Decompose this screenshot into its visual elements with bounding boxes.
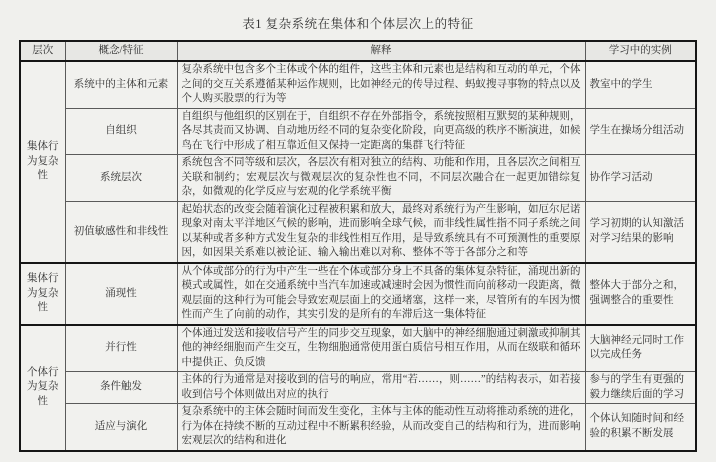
example-cell: 协作学习活动 (585, 155, 696, 201)
explanation-cell: 复杂系统中的主体会随时间而发生变化，主体与主体的能动性互动将推动系统的进化，行为… (177, 404, 585, 451)
document-page: 表1 复杂系统在集体和个体层次上的特征 层次 概念/特征 解释 学习中的实例 集… (0, 0, 716, 462)
table-row: 个体行为复杂性 并行性 个体通过发送和接收信号产生的同步交互现象，如大脑中的神经… (20, 325, 696, 372)
concept-cell: 系统中的主体和元素 (65, 61, 177, 108)
level-cell: 个体行为复杂性 (20, 325, 65, 451)
concept-cell: 适应与演化 (65, 404, 177, 451)
example-cell: 大脑神经元同时工作以完成任务 (585, 325, 696, 372)
explanation-cell: 自组织与他组织的区别在于，自组织不存在外部指令，系统按照相互默契的某种规则，各尽… (177, 108, 585, 154)
column-header-explanation: 解释 (177, 41, 585, 61)
column-header-level: 层次 (20, 41, 65, 61)
concept-cell: 自组织 (65, 108, 177, 154)
concept-cell: 条件触发 (65, 372, 177, 404)
table-row: 集体行为复杂性 系统中的主体和元素 复杂系统中包含多个主体或个体的组件，这些主体… (20, 61, 696, 108)
column-header-example: 学习中的实例 (585, 41, 696, 61)
table-row: 集体行为复杂性 涌现性 从个体或部分的行为中产生一些在个体或部分身上不具备的集体… (20, 263, 696, 325)
concept-cell: 涌现性 (65, 263, 177, 325)
explanation-cell: 起始状态的改变会随着演化过程被积累和放大，最终对系统行为产生影响，如厄尔尼诺现象… (177, 201, 585, 262)
table-row: 系统层次 系统包含不同等级和层次，各层次有相对独立的结构、功能和作用，且各层次之… (20, 155, 696, 201)
concept-cell: 初值敏感性和非线性 (65, 201, 177, 262)
example-cell: 教室中的学生 (585, 61, 696, 108)
example-cell: 学生在操场分组活动 (585, 108, 696, 154)
example-cell: 学习初期的认知激活对学习结果的影响 (585, 201, 696, 262)
table-caption: 表1 复杂系统在集体和个体层次上的特征 (0, 0, 716, 40)
explanation-cell: 从个体或部分的行为中产生一些在个体或部分身上不具备的集体复杂特征，涌现出新的模式… (177, 263, 585, 325)
level-cell: 集体行为复杂性 (20, 61, 65, 262)
explanation-cell: 系统包含不同等级和层次，各层次有相对独立的结构、功能和作用，且各层次之间相互关联… (177, 155, 585, 201)
example-cell: 参与的学生有更强的毅力继续后面的学习 (585, 372, 696, 404)
explanation-cell: 主体的行为通常是对接收到的信号的响应，常用“若……，则……”的结构表示，如若接收… (177, 372, 585, 404)
table-row: 条件触发 主体的行为通常是对接收到的信号的响应，常用“若……，则……”的结构表示… (20, 372, 696, 404)
table-row: 自组织 自组织与他组织的区别在于，自组织不存在外部指令，系统按照相互默契的某种规… (20, 108, 696, 154)
explanation-cell: 复杂系统中包含多个主体或个体的组件，这些主体和元素也是结构和互动的单元，个体之间… (177, 61, 585, 108)
column-header-concept: 概念/特征 (65, 41, 177, 61)
concept-cell: 并行性 (65, 325, 177, 372)
complex-systems-characteristics-table: 层次 概念/特征 解释 学习中的实例 集体行为复杂性 系统中的主体和元素 复杂系… (19, 40, 697, 452)
level-cell: 集体行为复杂性 (20, 263, 65, 325)
concept-cell: 系统层次 (65, 155, 177, 201)
explanation-cell: 个体通过发送和接收信号产生的同步交互现象，如大脑中的神经细胞通过刺激或抑制其他的… (177, 325, 585, 372)
example-cell: 个体认知随时间和经验的积累不断发展 (585, 404, 696, 451)
table-row: 适应与演化 复杂系统中的主体会随时间而发生变化，主体与主体的能动性互动将推动系统… (20, 404, 696, 451)
example-cell: 整体大于部分之和，强调整合的重要性 (585, 263, 696, 325)
header-row: 层次 概念/特征 解释 学习中的实例 (20, 41, 696, 61)
table-row: 初值敏感性和非线性 起始状态的改变会随着演化过程被积累和放大，最终对系统行为产生… (20, 201, 696, 262)
